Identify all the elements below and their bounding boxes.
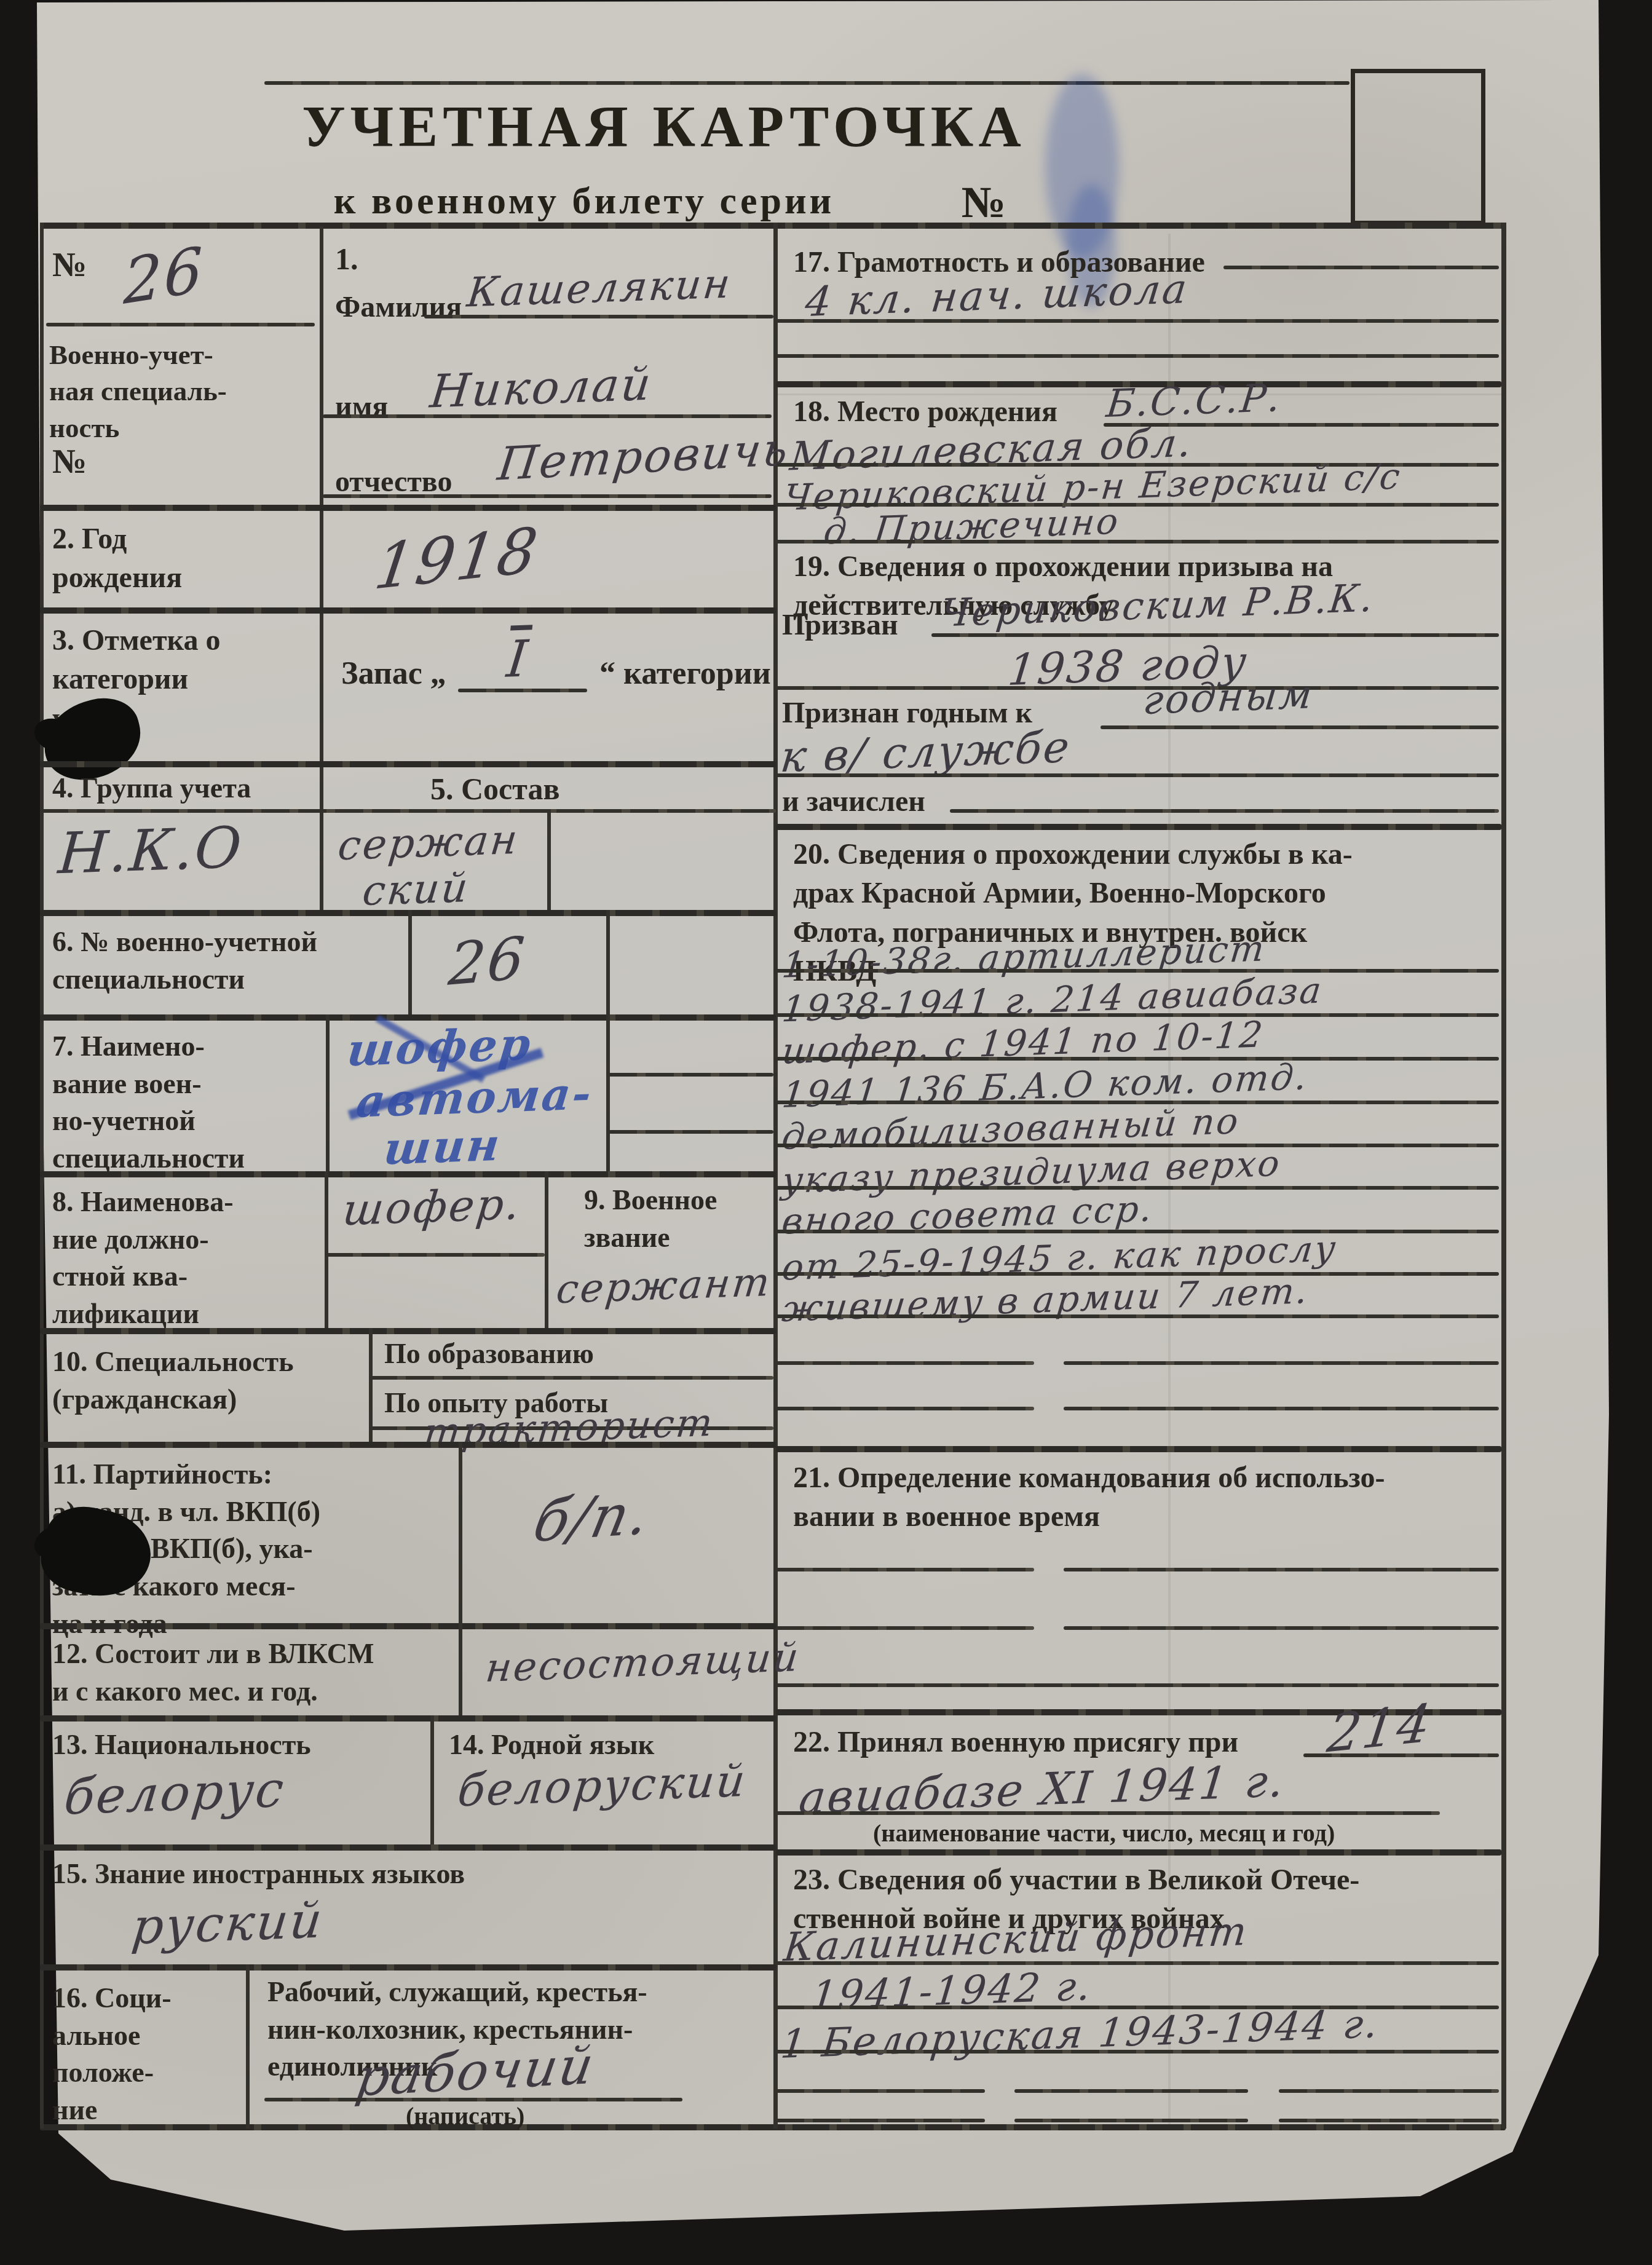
- ruled-line: [609, 1130, 773, 1134]
- cell-divider: [326, 1014, 330, 1171]
- name-label: имя: [335, 387, 388, 426]
- ruled-line: [1064, 1361, 1499, 1365]
- field4-label: 4. Группа учета: [52, 770, 251, 807]
- section-divider: [776, 1849, 1501, 1856]
- name-value: Николай: [428, 358, 655, 419]
- ruled-line: [776, 503, 1499, 507]
- card-no2-label: №: [52, 440, 87, 485]
- ruled-line: [1223, 266, 1499, 269]
- field13-value: белорус: [61, 1761, 288, 1826]
- ruled-line: [1064, 1626, 1499, 1630]
- ruled-line: [776, 2119, 985, 2122]
- field15-label: 15. Знание иностранных языков: [52, 1856, 465, 1893]
- row-divider: [40, 1328, 776, 1334]
- page-subtitle: к военному билету серии: [246, 180, 922, 223]
- row-divider: [40, 1014, 776, 1021]
- field18-value-line1: Б.С.С.Р.: [1104, 375, 1284, 426]
- photo-box: [1351, 69, 1485, 225]
- row-divider: [40, 1964, 776, 1971]
- field21-label: 21. Определение командования об использо…: [793, 1458, 1500, 1536]
- cell-divider: [606, 910, 610, 1014]
- field14-value: белоруский: [456, 1755, 749, 1817]
- field16-note: (написать): [406, 2101, 524, 2130]
- table-bottom-border: [40, 2124, 1506, 2130]
- ruled-line: [1279, 2089, 1499, 2093]
- ruled-line: [323, 494, 772, 498]
- card-no-label: №: [52, 243, 87, 288]
- row-divider: [40, 1171, 776, 1177]
- row-divider: [40, 505, 776, 511]
- cell-divider: [459, 1442, 462, 1623]
- field9-value: сержант: [554, 1260, 773, 1313]
- ruled-line: [1101, 725, 1499, 729]
- ruled-line: [458, 689, 587, 692]
- ruled-line: [776, 2050, 1499, 2054]
- ruled-line: [323, 414, 772, 418]
- ruled-line: [776, 2089, 985, 2093]
- cell-divider: [606, 1014, 610, 1171]
- header-top-rule: [264, 81, 1350, 85]
- field11-value: б/п.: [528, 1480, 657, 1555]
- table-top-border: [40, 223, 1506, 229]
- cell-divider: [547, 809, 551, 910]
- ruled-line: [776, 1568, 1034, 1571]
- cell-divider: [459, 1623, 462, 1715]
- ruled-line: [776, 2006, 1499, 2009]
- row-divider: [40, 761, 776, 767]
- godn-value: годным: [1141, 672, 1316, 724]
- field14-label: 14. Родной язык: [449, 1726, 654, 1764]
- cell-divider: [545, 1171, 548, 1328]
- field18-label: 18. Место рождения: [793, 392, 1057, 431]
- field7-label: 7. Наимено- вание воен- но-учетной специ…: [52, 1028, 335, 1177]
- ruled-line: [609, 1073, 773, 1077]
- ruled-line: [46, 323, 315, 326]
- prizvan-label: Призван: [782, 606, 898, 644]
- field16-label: 16. Соци- альное положе- ние: [52, 1980, 243, 2129]
- zapas-label: Запас „: [341, 653, 446, 695]
- field12-label: 12. Состоит ли в ВЛКСМ и с какого мес. и…: [52, 1635, 458, 1710]
- cell-divider: [408, 910, 412, 1014]
- ruled-line: [776, 319, 1499, 323]
- ruled-line: [776, 354, 1499, 358]
- ruled-line: [931, 633, 1499, 637]
- cell-divider: [430, 1715, 434, 1844]
- field5-value-line2: ский: [360, 864, 472, 915]
- vus-label: Военно-учет- ная специаль- ность: [49, 337, 320, 446]
- field5-value-line1: сержан: [336, 816, 521, 870]
- surname-label: Фамилия: [335, 288, 462, 326]
- ruled-line: [1279, 2119, 1499, 2122]
- field10-education-label: По образованию: [384, 1335, 594, 1373]
- ruled-line: [1303, 1753, 1499, 1757]
- ruled-line: [424, 315, 773, 318]
- cell-divider: [369, 1328, 373, 1442]
- field1-number: 1.: [335, 239, 358, 279]
- ruled-line: [776, 1230, 1499, 1233]
- ruled-line: [776, 1407, 1034, 1410]
- ruled-line: [1014, 2119, 1248, 2122]
- ruled-line: [776, 1961, 1499, 1965]
- ruled-line: [776, 540, 1499, 544]
- cell-divider: [246, 1964, 250, 2129]
- ruled-line: [1064, 1407, 1499, 1410]
- field13-label: 13. Национальность: [52, 1726, 311, 1764]
- surname-value: Кашелякин: [465, 259, 734, 316]
- categorii-label: “ категории: [599, 653, 771, 695]
- row-divider: [40, 1844, 776, 1851]
- row-divider: [40, 607, 776, 614]
- ruled-line: [40, 809, 776, 813]
- field15-value: руский: [129, 1891, 326, 1955]
- ruled-line: [776, 773, 1499, 777]
- field10-label: 10. Специальность (гражданская): [52, 1343, 360, 1418]
- ruled-line: [776, 1811, 1440, 1815]
- scanned-military-card-page: УЧЕТНАЯ КАРТОЧКА к военному билету серии…: [0, 0, 1652, 2265]
- row-divider: [40, 1623, 776, 1629]
- ruled-line: [776, 1683, 1499, 1687]
- zachislen-label: и зачислен: [782, 782, 925, 821]
- field8-value: шофер.: [341, 1179, 524, 1235]
- cell-divider: [325, 1171, 328, 1328]
- ruled-line: [776, 686, 1499, 690]
- field8-label: 8. Наименова- ние должно- стной ква- лиф…: [52, 1184, 323, 1333]
- field22-note: (наименование части, число, месяц и год): [873, 1819, 1335, 1848]
- ruled-line: [325, 1253, 545, 1257]
- series-number-sign: №: [947, 177, 1021, 228]
- section-divider: [776, 1446, 1501, 1452]
- page-title: УЧЕТНАЯ КАРТОЧКА: [234, 92, 1094, 160]
- ruled-line: [776, 1013, 1499, 1017]
- field4-value: Н.К.О: [56, 815, 245, 887]
- field2-label: 2. Год рождения: [52, 520, 274, 598]
- field6-label: 6. № военно-учетной специальности: [52, 923, 409, 998]
- section-divider: [776, 824, 1501, 830]
- ruled-line: [1014, 2089, 1248, 2093]
- label-value-divider: [320, 226, 323, 910]
- field9-label: 9. Военное звание: [584, 1182, 769, 1256]
- ruled-line: [776, 969, 1499, 973]
- ruled-line: [776, 1626, 1034, 1630]
- ruled-line: [1064, 1568, 1499, 1571]
- card-no-value: 26: [123, 233, 205, 319]
- field7-value-line3: шин: [382, 1118, 504, 1175]
- field22-label: 22. Принял военную присягу при: [793, 1723, 1238, 1761]
- row-divider: [40, 1442, 776, 1448]
- ruled-line: [369, 1376, 773, 1380]
- field6-value: 26: [446, 925, 529, 999]
- field5-label: 5. Состав: [430, 769, 559, 809]
- ruled-line: [950, 809, 1499, 813]
- row-divider: [40, 1715, 776, 1721]
- ruled-line: [776, 1057, 1499, 1061]
- ruled-line: [776, 1314, 1499, 1318]
- ruled-line: [776, 1361, 1034, 1365]
- table-right-border: [1501, 223, 1506, 2129]
